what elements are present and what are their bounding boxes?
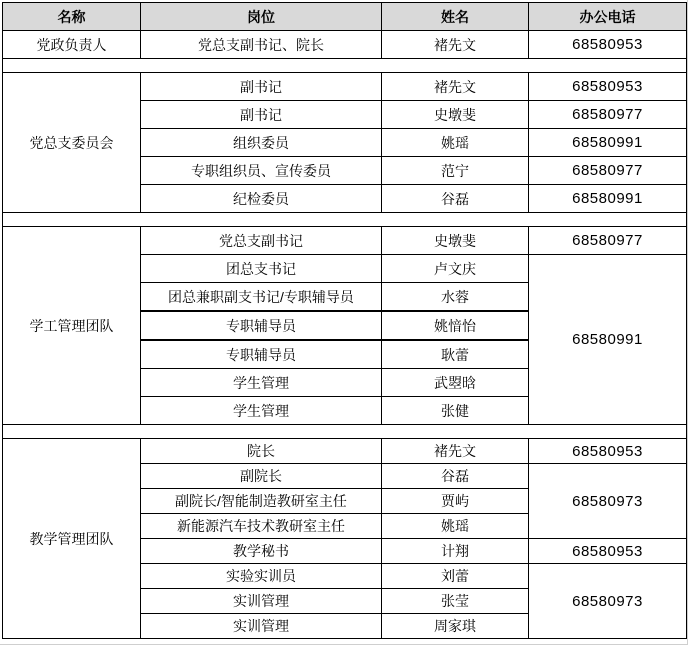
person-cell: 计翔 bbox=[382, 539, 529, 564]
person-cell: 史墩斐 bbox=[382, 101, 529, 129]
section-spacer bbox=[3, 59, 687, 73]
position-cell: 团总支书记 bbox=[141, 255, 382, 283]
table-row: 党政负责人 党总支副书记、院长 褚先文 68580953 bbox=[3, 31, 687, 59]
table-header-row: 名称 岗位 姓名 办公电话 bbox=[3, 3, 687, 31]
group-name-cell: 党总支委员会 bbox=[3, 73, 141, 213]
person-cell: 张健 bbox=[382, 397, 529, 425]
position-cell: 新能源汽车技术教研室主任 bbox=[141, 514, 382, 539]
position-cell: 院长 bbox=[141, 439, 382, 464]
page: 名称 岗位 姓名 办公电话 党政负责人 党总支副书记、院长 褚先文 685809… bbox=[0, 0, 688, 645]
person-cell: 褚先文 bbox=[382, 31, 529, 59]
spacer-cell bbox=[3, 59, 687, 73]
position-cell: 副院长/智能制造教研室主任 bbox=[141, 489, 382, 514]
person-cell: 范宁 bbox=[382, 157, 529, 185]
phone-cell: 68580953 bbox=[529, 31, 687, 59]
position-cell: 党总支副书记、院长 bbox=[141, 31, 382, 59]
group-name-cell: 党政负责人 bbox=[3, 31, 141, 59]
position-cell: 团总兼职副支书记/专职辅导员 bbox=[141, 283, 382, 312]
person-cell: 褚先文 bbox=[382, 73, 529, 101]
header-cell-position: 岗位 bbox=[141, 3, 382, 31]
table-row: 党总支委员会 副书记 褚先文 68580953 bbox=[3, 73, 687, 101]
person-cell: 史墩斐 bbox=[382, 227, 529, 255]
position-cell: 实训管理 bbox=[141, 589, 382, 614]
phone-cell: 68580991 bbox=[529, 185, 687, 213]
person-cell: 武曌晗 bbox=[382, 369, 529, 397]
position-cell: 实训管理 bbox=[141, 614, 382, 639]
phone-cell: 68580953 bbox=[529, 439, 687, 464]
position-cell: 专职辅导员 bbox=[141, 340, 382, 369]
position-cell: 党总支副书记 bbox=[141, 227, 382, 255]
position-cell: 学生管理 bbox=[141, 397, 382, 425]
person-cell: 耿蕾 bbox=[382, 340, 529, 369]
phone-cell: 68580991 bbox=[529, 255, 687, 425]
group-name-cell: 学工管理团队 bbox=[3, 227, 141, 425]
group-name-cell: 教学管理团队 bbox=[3, 439, 141, 639]
header-cell-phone: 办公电话 bbox=[529, 3, 687, 31]
position-cell: 专职辅导员 bbox=[141, 311, 382, 340]
person-cell: 褚先文 bbox=[382, 439, 529, 464]
phone-cell: 68580953 bbox=[529, 73, 687, 101]
section-spacer bbox=[3, 213, 687, 227]
phone-cell: 68580977 bbox=[529, 101, 687, 129]
person-cell: 谷磊 bbox=[382, 464, 529, 489]
position-cell: 副书记 bbox=[141, 73, 382, 101]
position-cell: 副院长 bbox=[141, 464, 382, 489]
person-cell: 谷磊 bbox=[382, 185, 529, 213]
person-cell: 水蓉 bbox=[382, 283, 529, 312]
section-spacer bbox=[3, 425, 687, 439]
spacer-cell bbox=[3, 213, 687, 227]
phone-cell: 68580991 bbox=[529, 129, 687, 157]
table-row: 教学管理团队 院长 褚先文 68580953 bbox=[3, 439, 687, 464]
position-cell: 专职组织员、宣传委员 bbox=[141, 157, 382, 185]
phone-cell: 68580953 bbox=[529, 539, 687, 564]
person-cell: 卢文庆 bbox=[382, 255, 529, 283]
position-cell: 实验实训员 bbox=[141, 564, 382, 589]
person-cell: 姚瑶 bbox=[382, 129, 529, 157]
phone-cell: 68580977 bbox=[529, 227, 687, 255]
person-cell: 姚瑶 bbox=[382, 514, 529, 539]
person-cell: 张莹 bbox=[382, 589, 529, 614]
phone-cell: 68580977 bbox=[529, 157, 687, 185]
position-cell: 组织委员 bbox=[141, 129, 382, 157]
person-cell: 贾屿 bbox=[382, 489, 529, 514]
person-cell: 姚愔怡 bbox=[382, 311, 529, 340]
position-cell: 纪检委员 bbox=[141, 185, 382, 213]
person-cell: 周家琪 bbox=[382, 614, 529, 639]
spacer-cell bbox=[3, 425, 687, 439]
phone-cell: 68580973 bbox=[529, 564, 687, 639]
position-cell: 副书记 bbox=[141, 101, 382, 129]
person-cell: 刘蕾 bbox=[382, 564, 529, 589]
contact-table: 名称 岗位 姓名 办公电话 党政负责人 党总支副书记、院长 褚先文 685809… bbox=[2, 2, 687, 639]
position-cell: 学生管理 bbox=[141, 369, 382, 397]
position-cell: 教学秘书 bbox=[141, 539, 382, 564]
table-row: 学工管理团队 党总支副书记 史墩斐 68580977 bbox=[3, 227, 687, 255]
header-cell-group: 名称 bbox=[3, 3, 141, 31]
header-cell-person: 姓名 bbox=[382, 3, 529, 31]
phone-cell: 68580973 bbox=[529, 464, 687, 539]
